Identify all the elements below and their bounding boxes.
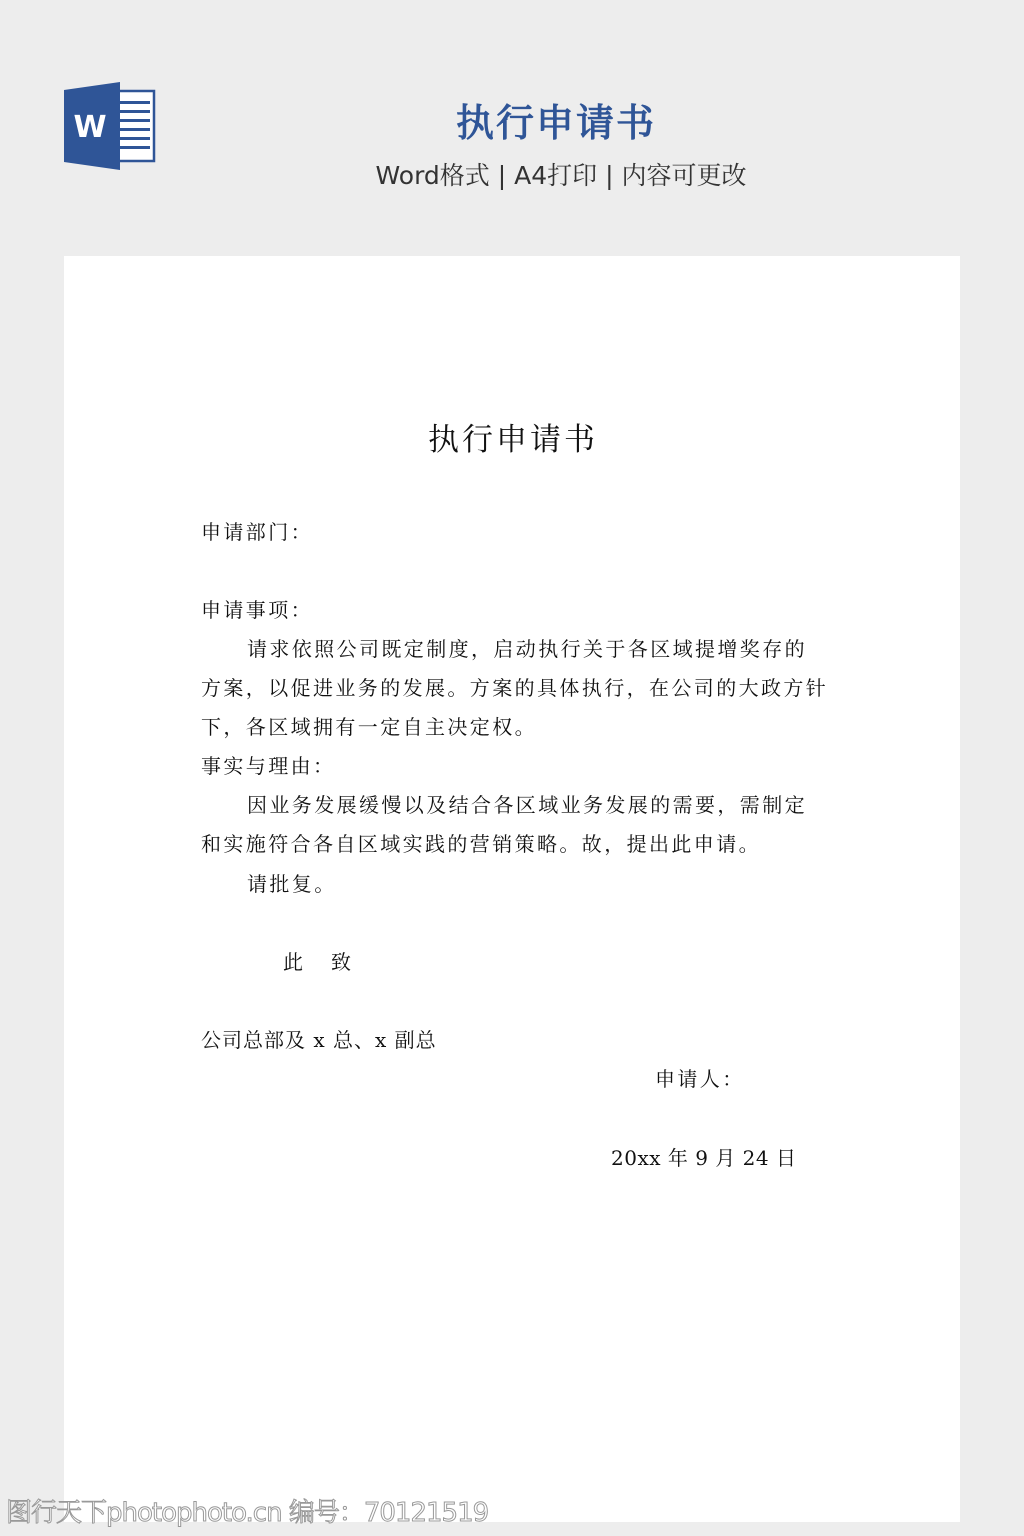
page-header-subtitle: Word格式 | A4打印 | 内容可更改 (0, 156, 1024, 192)
matter-line: 下，各区域拥有一定自主决定权。 (201, 711, 537, 740)
applicant-label: 申请人： (655, 1063, 745, 1092)
document-title: 执行申请书 (201, 414, 825, 459)
recipient: 公司总部及 x 总、x 副总 (201, 1024, 437, 1053)
watermark: 图行天下photophoto.cn 编号：70121519 (6, 1492, 488, 1529)
department-label: 申请部门： (201, 516, 313, 545)
reason-label: 事实与理由： (201, 750, 335, 779)
matter-line: 请求依照公司既定制度，启动执行关于各区域提增奖存的 (247, 633, 807, 662)
request-approval: 请批复。 (247, 868, 337, 897)
reason-line: 因业务发展缓慢以及结合各区域业务发展的需要，需制定 (247, 789, 807, 818)
matter-line: 方案，以促进业务的发展。方案的具体执行，在公司的大政方针 (201, 672, 828, 701)
reason-line: 和实施符合各自区域实践的营销策略。故，提出此申请。 (201, 828, 761, 857)
document-page: 执行申请书 申请部门： 申请事项： 请求依照公司既定制度，启动执行关于各区域提增… (64, 256, 960, 1522)
matter-label: 申请事项： (201, 594, 313, 623)
application-date: 20xx 年 9 月 24 日 (611, 1142, 796, 1171)
page-header-title: 执行申请书 (0, 92, 1024, 147)
salutation: 此 致 (283, 946, 355, 975)
